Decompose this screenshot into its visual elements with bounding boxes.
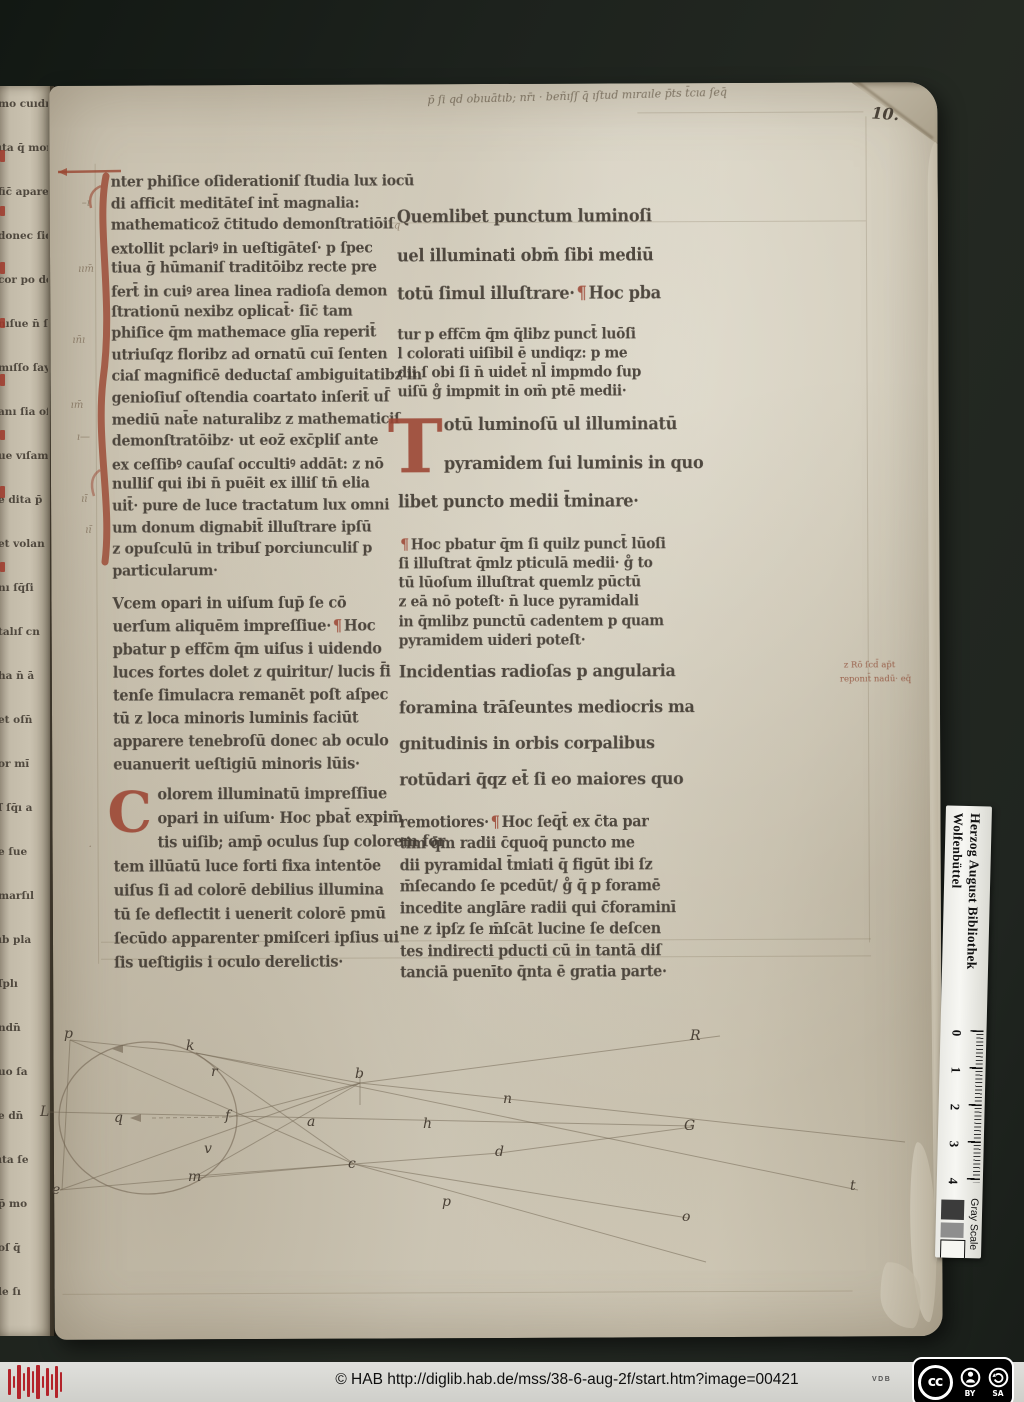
- gray-scale-label: Gray Scale: [967, 1198, 980, 1250]
- manuscript-text-line: phiſice q̄m mathemace glīa reperit̄: [111, 324, 399, 348]
- manuscript-text-line: tis uiſib; amp̄ oculus ſup colorem for: [114, 833, 402, 860]
- barcode-bar: [60, 1372, 62, 1392]
- manuscript-text-line: z opuſculū in tribuſ porciunculiſ p: [112, 540, 400, 564]
- manuscript-text-line: tanciā puenīto q̄nta ē gratia parte·: [400, 963, 692, 987]
- manuscript-page: p̄ ſi qd obıuātıb; nr̄ı · beñıſſ q̄ ıſtu…: [49, 82, 942, 1340]
- cc-by-person-icon: [960, 1367, 981, 1388]
- credit-url-text: © HAB http://diglib.hab.de/mss/38-6-aug-…: [280, 1371, 854, 1389]
- barcode-bar: [17, 1365, 21, 1399]
- marginal-mark: ıı̄: [85, 525, 91, 536]
- marginal-note-line1: z Rō ſcd̄ ap̄t: [844, 660, 895, 670]
- previous-folio-text-fragment: cor po de: [0, 274, 48, 286]
- marginal-mark: ım̄: [71, 400, 84, 411]
- manuscript-text-line: uiſus ſi ad colorē debilius illumina: [114, 881, 402, 908]
- previous-folio-text-fragment: oſ q̄: [0, 1242, 48, 1254]
- previous-folio-text-fragment: p̄ mo: [0, 1198, 48, 1210]
- gray-scale-swatch: [941, 1199, 964, 1220]
- manuscript-text-line: nter phiſice oſiderationiſ ſtudia lux io…: [111, 172, 399, 196]
- cc-sa-arrow-icon: [988, 1367, 1009, 1388]
- manuscript-text-line: demonſtratōibz· ut eoz̄ exc̄pliſ ante: [112, 432, 400, 456]
- previous-folio-text-fragment: e dita p̄: [0, 494, 48, 506]
- barcode-bar: [32, 1371, 34, 1393]
- text-block: Colorem illuminatū impreſſiueopari in ui…: [113, 785, 402, 978]
- text-block: Vcem opari in uiſum ſup̄ ſe cōuerſum ali…: [112, 594, 401, 779]
- manuscript-text-line: totū ſimul illuſtrare·¶Hoc pba: [397, 282, 689, 324]
- manuscript-text-line: particularum·: [112, 561, 400, 585]
- manuscript-text-line: euanuerit ueſtigiū minoris lūis·: [113, 755, 401, 781]
- barcode-bar: [23, 1373, 25, 1391]
- ruler-number: 2: [947, 1104, 963, 1111]
- manuscript-text-line: tiua ḡ hūmaniſ traditōibz recte pre: [111, 259, 399, 283]
- paragraph-mark: ¶: [400, 536, 409, 553]
- marginal-mark: q: [394, 220, 400, 231]
- cc-sa-label: SA: [992, 1389, 1003, 1398]
- previous-folio-edge: mo cuıdııta q̄ morāfic̄ aparedonec ſidec…: [0, 86, 54, 1336]
- marginal-note-line2: reponıt̄ nadū· eq̄: [840, 674, 911, 684]
- manuscript-text-line: pyramidem ſui luminis in quo: [398, 452, 690, 494]
- manuscript-text-line: fert̄ in cuiꝰ area linea radioſa demon: [111, 280, 399, 304]
- text-column-1: nter phiſice oſiderationiſ ſtudia lux io…: [111, 172, 403, 978]
- manuscript-text-line: uel illuminati obm̄ ſibi mediū: [397, 244, 689, 286]
- footer-bar: © HAB http://diglib.hab.de/mss/38-6-aug-…: [0, 1362, 1024, 1402]
- text-block: remotiores·¶Hoc ſeq̄t̄ ex c̄ta partim q̄…: [399, 812, 692, 985]
- previous-folio-text-fragment: et oſn̄: [0, 714, 48, 726]
- ruler-numbers: 01234: [946, 805, 992, 806]
- text-block: Totū luminoſū ul illuminatūpyramidem ſui…: [398, 413, 691, 530]
- previous-folio-text-fragment: or mı̄: [0, 758, 48, 770]
- faded-top-inscription: p̄ ſi qd obıuātıb; nr̄ı · beñıſſ q̄ ıſtu…: [427, 86, 727, 107]
- marginal-mark: ıım̄: [78, 264, 94, 275]
- manuscript-text-line: uit̄· pure de luce tractatum lux omni: [112, 496, 400, 520]
- previous-folio-text-fragment: nı ſq̄ſi: [0, 582, 48, 594]
- text-block: nter phiſice oſiderationiſ ſtudia lux io…: [111, 172, 401, 584]
- barcode-bar: [51, 1374, 53, 1390]
- manuscript-text-line: nulliſ qui ibi n̄ puēit ex illiſ tn̄ eli…: [112, 475, 400, 499]
- previous-folio-text-fragment: ıta q̄ morā: [0, 142, 48, 154]
- gray-scale-swatch: [940, 1239, 965, 1258]
- gray-scale-ruler: Herzog August Bibliothek Wolfenbüttel 01…: [935, 805, 992, 1258]
- paragraph-mark: ¶: [577, 283, 587, 303]
- cc-sa-group: SA: [988, 1367, 1009, 1398]
- marginal-mark: ı—: [77, 432, 90, 443]
- ruler-major-ticks: [967, 1030, 984, 1183]
- manuscript-text-line: tim q̄m radii c̄quoq̄ puncto me: [400, 834, 692, 858]
- barcode-bar: [46, 1368, 49, 1396]
- manuscript-text-line: pyramidem uideri poteſt·: [399, 631, 691, 653]
- ruler-number: 0: [948, 1030, 964, 1037]
- manuscript-text-line: tur p effc̄m q̄m q̄libz punct̄ luōſi: [397, 325, 689, 347]
- folio-number: 10.: [871, 103, 900, 124]
- gray-scale-swatch: [940, 1222, 963, 1238]
- manuscript-text-line: m̄ſecando ſe pcedūt/ g̊ q̄ p foramē: [400, 877, 692, 901]
- previous-folio-text-fragment: talıſ cn: [0, 626, 48, 638]
- previous-folio-text-fragment: mıſſo ſay: [0, 362, 48, 374]
- rubric-edge-mark: [0, 562, 5, 572]
- previous-folio-text-fragment: ıta ſe: [0, 1154, 48, 1166]
- previous-folio-text-fragment: e dn̄: [0, 1110, 48, 1122]
- previous-folio-text-fragment: uo ſa: [0, 1066, 48, 1078]
- previous-folio-text-fragment: anı ſia oſ: [0, 406, 48, 418]
- barcode-bar: [36, 1365, 40, 1399]
- manuscript-text-line: opari in uiſum· Hoc pbat̄ expim̄: [113, 809, 401, 836]
- previous-folio-text-fragment: mo cuıdı: [0, 98, 48, 110]
- paragraph-mark: ¶: [491, 813, 500, 831]
- previous-folio-text-fragment: marſıl: [0, 890, 48, 902]
- text-column-2: Quemlibet punctum luminoſiuel illuminati…: [397, 205, 692, 985]
- rubric-edge-mark: [0, 318, 5, 328]
- barcode-bar: [27, 1367, 30, 1397]
- text-block: ¶Hoc pbatur q̄m ſi quilz punct̄ lūoſiſi …: [398, 535, 690, 651]
- ruling-line: [63, 1290, 853, 1294]
- small-mark: VDB: [872, 1376, 891, 1383]
- manuscript-text-line: libet puncto medii t̄minare·: [398, 490, 690, 532]
- manuscript-text-line: foramina trāſeuntes mediocris ma: [399, 696, 691, 736]
- manuscript-text-line: mathematicoz̄ c̄titudo demonſtratiōiſ: [111, 216, 399, 240]
- manuscript-text-line: genioſiuſ oſtendia coartato inſerit̄ uſ̄: [112, 388, 400, 412]
- ruling-line: [637, 111, 863, 113]
- manuscript-text-line: ciaſ magnificē deductaſ ambiguitatibz in: [111, 367, 399, 391]
- marginal-mark: ıī: [81, 494, 87, 505]
- rubric-edge-mark: [0, 374, 5, 386]
- manuscript-text-line: rotūdari q̄qz et̄ ſi eo maiores quo: [399, 768, 691, 808]
- rubric-edge-mark: [0, 150, 5, 162]
- previous-folio-text-fragment: nıſue n̄ ſ: [0, 318, 48, 330]
- ruler-number: 4: [945, 1178, 961, 1185]
- gray-scale-swatches: [946, 805, 992, 806]
- manuscript-text-line: in q̄mlibz punctū cadentem p quam: [399, 612, 691, 634]
- text-block: Incidentias radioſas p angulariaforamina…: [399, 660, 692, 805]
- rubric-edge-mark: [0, 262, 5, 274]
- cc-by-group: BY: [960, 1367, 981, 1398]
- manuscript-text-line: tū ſe deflectit i uenerit colorē pmū: [114, 905, 402, 932]
- marginal-mark: –ı: [82, 198, 90, 209]
- previous-folio-text-fragment: fic̄ apare: [0, 186, 48, 198]
- text-block: tur p effc̄m q̄m q̄libz punct̄ luōſil co…: [397, 325, 689, 403]
- manuscript-page-surface: p̄ ſi qd obıuātıb; nr̄ı · beñıſſ q̄ ıſtu…: [49, 82, 942, 1340]
- manuscript-text-line: Incidentias radioſas p angularia: [399, 660, 691, 700]
- previous-folio-text-fragment: le ſı: [0, 1286, 48, 1298]
- barcode-bar: [13, 1376, 15, 1388]
- previous-folio-text-fragment: et volan: [0, 538, 48, 550]
- manuscript-text-line: Quemlibet punctum luminoſi: [397, 205, 689, 247]
- barcode-bar: [55, 1366, 58, 1398]
- hab-barcode-logo: [8, 1362, 62, 1402]
- manuscript-text-line: otū luminoſū ul illuminatū: [398, 413, 690, 455]
- ruler-number: 1: [947, 1067, 963, 1074]
- previous-folio-text-fragment: ue vıſam: [0, 450, 48, 462]
- marginal-mark: ·: [89, 842, 92, 853]
- previous-folio-text-fragment: ſplı: [0, 978, 48, 990]
- previous-folio-text-fragment: ndn̄: [0, 1022, 48, 1034]
- previous-folio-text-fragment: ſ ſq̄ı a: [0, 802, 48, 814]
- rubric-edge-mark: [0, 206, 5, 216]
- rubric-edge-mark: [0, 430, 5, 440]
- cc-license-badge: cc BY SA: [912, 1357, 1014, 1402]
- manuscript-text-line: gnitudinis in orbis corpalibus: [399, 732, 691, 772]
- ruling-line: [95, 164, 99, 964]
- paragraph-mark: ¶: [333, 617, 342, 635]
- rubric-edge-mark: [0, 486, 5, 498]
- barcode-bar: [8, 1369, 11, 1395]
- previous-folio-text-fragment: ıb pla: [0, 934, 48, 946]
- previous-folio-text-fragment: ha n̄ ā: [0, 670, 48, 682]
- cc-by-label: BY: [965, 1389, 976, 1398]
- cc-logo-icon: cc: [918, 1365, 953, 1400]
- previous-folio-text-fragment: e ſue: [0, 846, 48, 858]
- manuscript-text-line: tem illūatū luce forti fixa intentōe: [114, 857, 402, 884]
- marginal-mark: ın̄ı: [72, 335, 85, 346]
- barcode-bar: [42, 1376, 44, 1388]
- manuscript-text-line: z eā nō poteſt· n̄ luce pyramidali: [398, 592, 690, 614]
- ruling-line: [865, 116, 870, 942]
- previous-folio-text-fragment: donec ſide: [0, 230, 48, 242]
- ruler-number: 3: [946, 1141, 962, 1148]
- manuscript-text-line: uiſū g̊ impmit in om̄ ptē medii·: [398, 382, 690, 404]
- manuscript-text-line: olorem illuminatū impreſſiue: [113, 785, 401, 812]
